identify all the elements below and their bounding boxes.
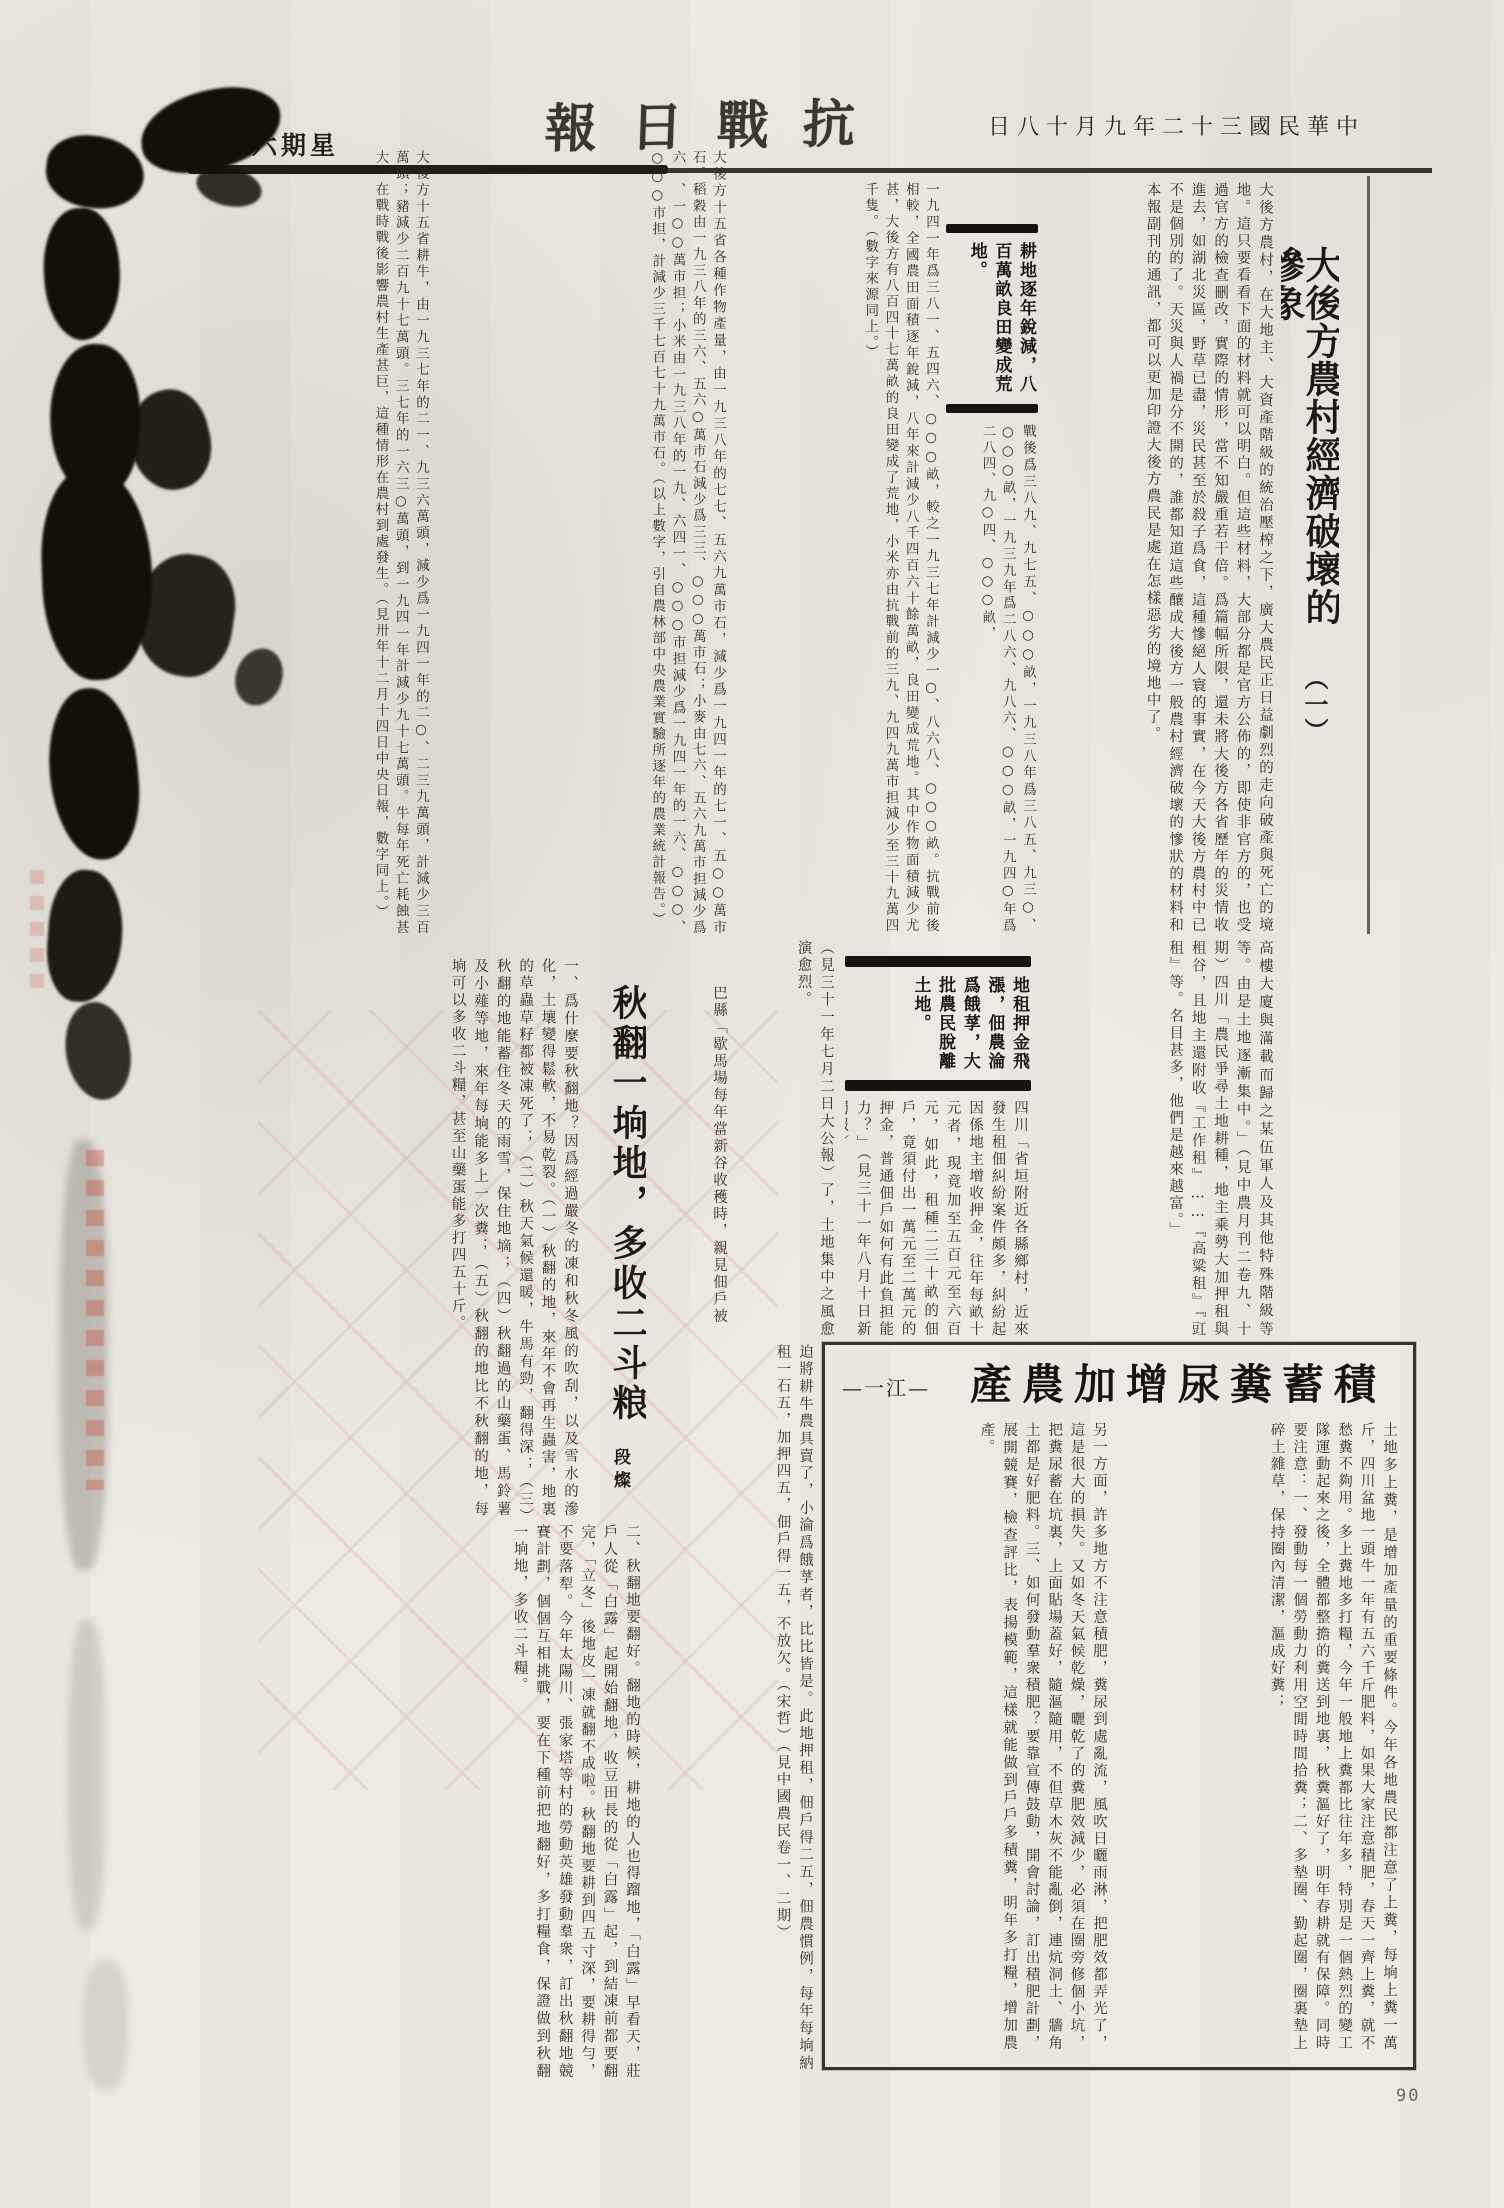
red-stamp-mark: [86, 1150, 104, 1490]
ink-blob: [39, 206, 124, 343]
scan-smudge: [84, 1960, 128, 2090]
article1-headline: 大後方農村經濟破壞的慘象: [1281, 246, 1339, 660]
boxed-article-body-b: 另一方面，許多地方不注意積肥，糞尿到處亂流，風吹日曬雨淋，把肥效都弄光了，這是很…: [832, 1422, 1110, 2052]
boxed-article-body-a: 土地多上糞，是增加產量的重要條件。今年各地農民都注意了上糞，每垧上糞一萬斤，四川…: [1116, 1422, 1400, 2052]
article1-stats-livestock: 大後方十五省耕牛，由一九三七年的二一、九三六萬頭，減少爲一九四一年的二○、二三九…: [193, 150, 431, 936]
article2-headline: 秋翻一垧地，多收二斗粮: [584, 984, 646, 1436]
ink-blob: [43, 868, 126, 1005]
page-number: 90: [1396, 2086, 1420, 2106]
article1-subhead-rent: 地租押金飛漲，佃農淪爲餓莩，大批農民脫離土地。: [845, 976, 1031, 1076]
article2-body-b: 二、秋翻地要翻好。翻地的時候，耕地的人也得蹓地，「白露」早看天，莊戶人從「白露」…: [193, 1524, 643, 2080]
article1-stats-crops: 大後方十五省各種作物產量，由一九三八年的七七、五六九萬市石，減少爲一九四一年的七…: [438, 150, 728, 936]
article1-lead-paragraph: 大後方農村，在大地主、大資產階級的統治壓榨之下，廣大農民正日益劇烈的走向破產與死…: [1040, 182, 1276, 934]
right-column-rule: [1367, 176, 1370, 934]
article1-continued-d: 巴縣「歇馬場每年當新谷收穫時，親見佃戶被: [650, 985, 730, 1335]
article1-subhead-land: 耕地逐年銳減，八百萬畝良田變成荒地。: [946, 242, 1038, 400]
red-stamp-mark: [30, 870, 44, 1000]
ink-blob: [43, 131, 148, 213]
article1-continued-b: （見三十一年七月二日大公報）了，土地集中之風愈演愈烈。: [737, 940, 837, 1338]
article1-continued-c: 四川「省垣附近各縣鄉村，近來發生租佃糾紛案件頗多，糾紛起因係地主增收押金，往年每…: [845, 1100, 1031, 1338]
subhead-bar-bottom-land: [946, 404, 1038, 413]
article2-body-a: 一、爲什麼要秋翻地？因爲經過嚴冬的凍和秋冬風的吹刮，以及雪水的滲化，土壤變得鬆軟…: [193, 958, 581, 1518]
boxed-article-headline: 積蓄糞尿增加農產: [956, 1352, 1400, 1412]
boxed-article-author: —一江—: [842, 1372, 962, 1401]
dateline: 中華民國三十二年九月十八日: [988, 110, 1365, 141]
article1-headline-part: （一）: [1292, 666, 1332, 756]
article1-continued-e: 迫將耕牛農具賣了，小淪爲餓莩者，比比皆是。此地押租，佃戶得二五，佃農慣例，每年每…: [652, 1344, 816, 2072]
subhead-bar-top-rent: [845, 956, 1031, 967]
article2-author: 段燦: [599, 1448, 633, 1528]
subhead-bar-bottom-rent: [845, 1080, 1031, 1091]
ink-blob: [43, 684, 146, 863]
newspaper-page: 星期六 抗戰日報 中華民國三十二年九月十八日 大後方農村經濟破壞的慘象 （一） …: [0, 0, 1504, 2208]
scan-smudge: [68, 1620, 106, 1930]
article1-continued-a: 高樓大廈與滿載而歸之某伍軍人及其他特殊階級等等。由是土地逐漸集中。」（見中農月刊…: [1038, 940, 1276, 1338]
ink-blob: [58, 997, 138, 1105]
article1-stats-acreage-a: 戰後爲三八九、九七五、○○○畝，一九三八年爲三八五、九三○、○○○畝，一九三九年…: [946, 424, 1038, 934]
subhead-bar-top-land: [946, 224, 1038, 233]
ink-blob: [38, 466, 155, 682]
article1-stats-acreage-b: 一九四一年爲三八一、五四六、○○○畝，較之一九三七年計減少一○、八六八、○○○畝…: [735, 182, 941, 934]
